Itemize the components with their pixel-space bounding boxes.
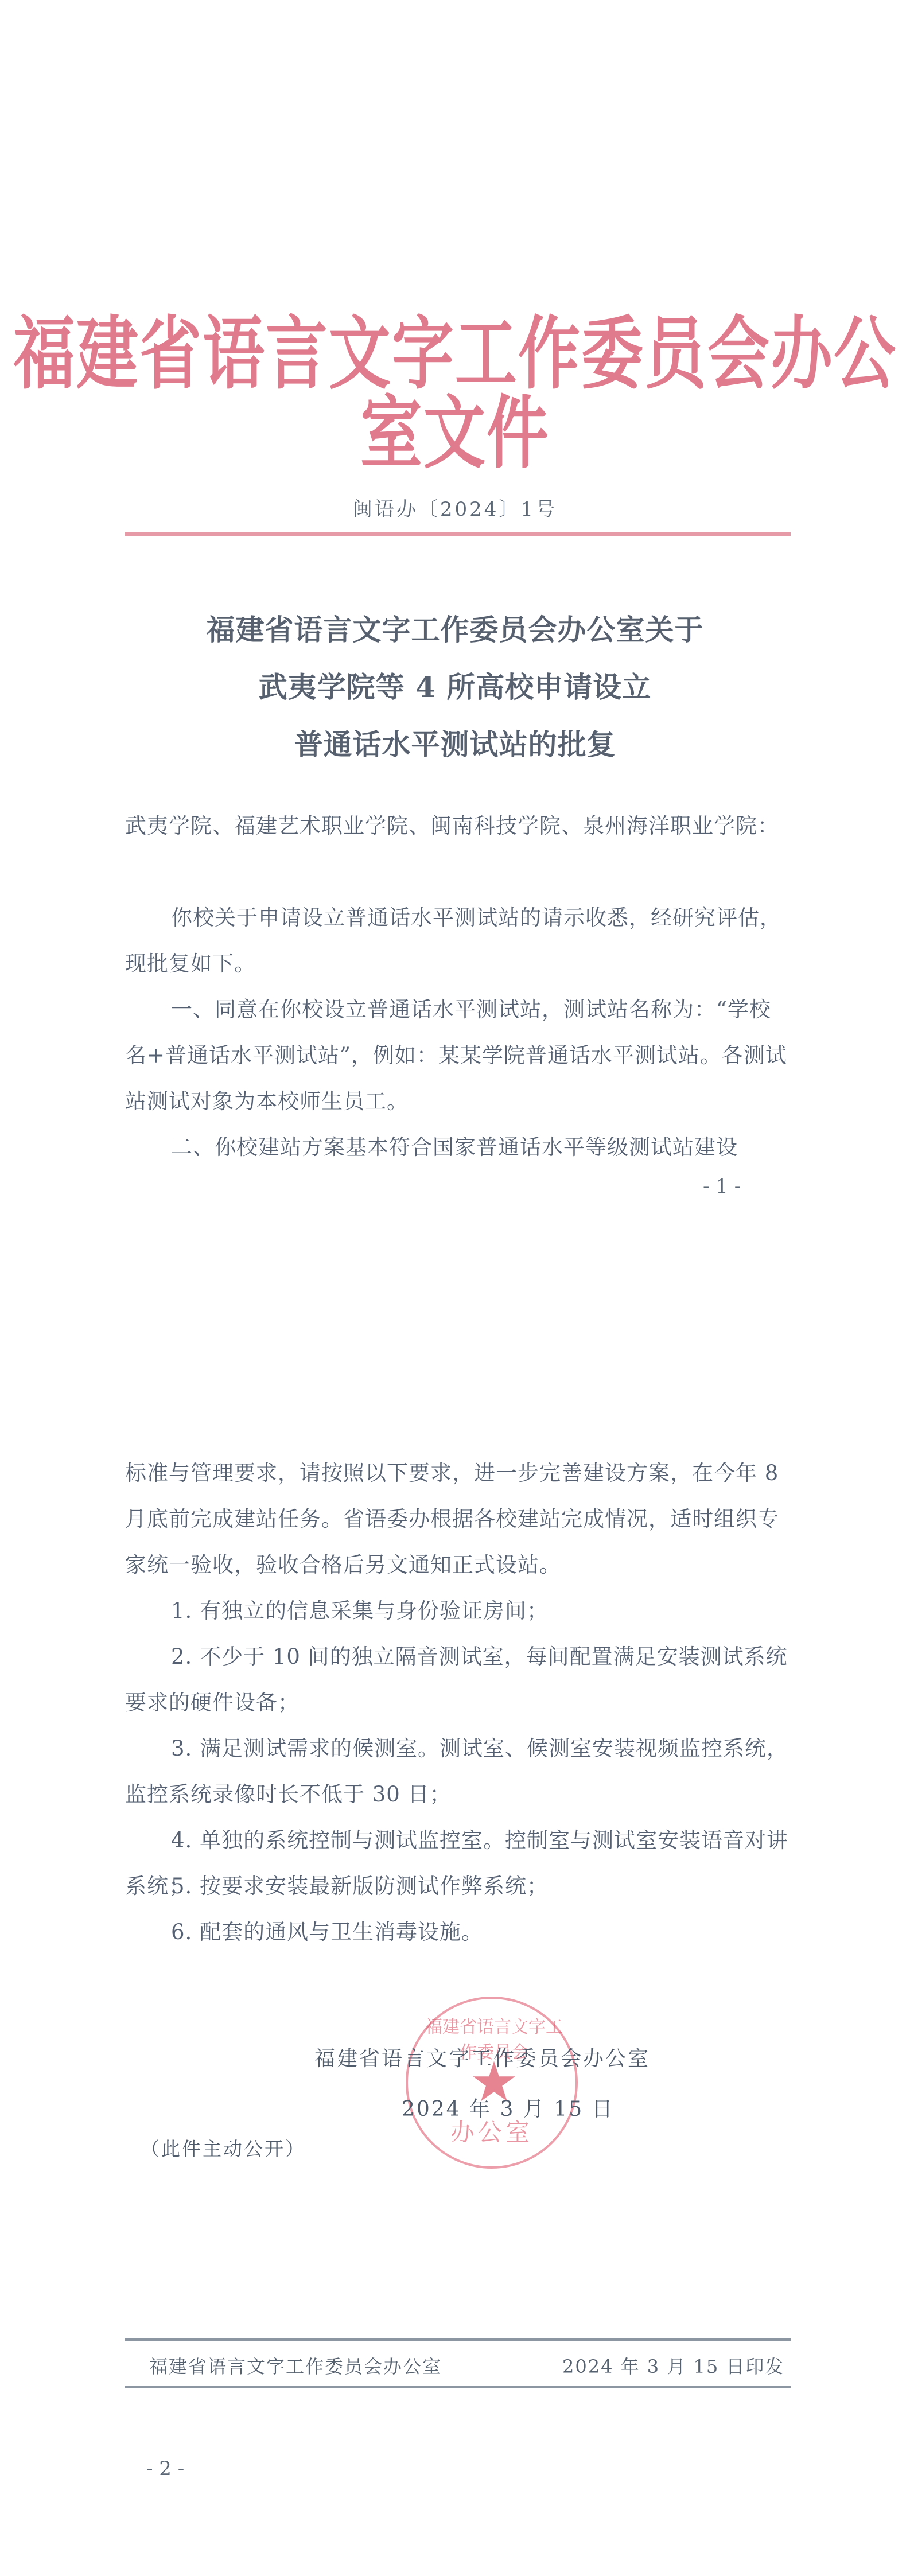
body-paragraph: 你校关于申请设立普通话水平测试站的请示收悉，经研究评估，现批复如下。 (125, 895, 791, 987)
masthead-title: 福建省语言文字工作委员会办公室文件 (0, 314, 910, 473)
footer-issued-date: 2024 年 3 月 15 日印发 (562, 2352, 784, 2379)
document-number: 闽语办〔2024〕1号 (0, 493, 910, 522)
page-number: - 1 - (703, 1175, 741, 1198)
footer-top-rule (125, 2338, 791, 2341)
official-seal: 福建省语言文字工作委员会 ★ 办公室 (406, 1997, 578, 2169)
document-title-line-2: 武夷学院等 4 所高校申请设立 (0, 664, 910, 706)
page-number: - 2 - (146, 2457, 184, 2480)
disclosure-note: （此件主动公开） (141, 2134, 306, 2161)
body-paragraph: 二、你校建站方案基本符合国家普通话水平等级测试站建设 (125, 1124, 791, 1170)
requirement-item: 3. 满足测试需求的候测室。测试室、候测室安装视频监控系统，监控系统录像时长不低… (125, 1726, 791, 1818)
body-paragraph: 一、同意在你校设立普通话水平测试站，测试站名称为：“学校名+普通话水平测试站”，… (125, 987, 791, 1124)
requirement-item: 2. 不少于 10 间的独立隔音测试室，每间配置满足安装测试系统要求的硬件设备； (125, 1634, 791, 1726)
continuation-paragraph: 标准与管理要求，请按照以下要求，进一步完善建设方案，在今年 8 月底前完成建站任… (125, 1450, 791, 1588)
signature-date: 2024 年 3 月 15 日 (402, 2093, 615, 2122)
requirement-item: 1. 有独立的信息采集与身份验证房间； (125, 1588, 791, 1634)
document-title-line-1: 福建省语言文字工作委员会办公室关于 (0, 607, 910, 648)
signature-organization: 福建省语言文字工作委员会办公室 (314, 2042, 650, 2072)
requirement-item: 6. 配套的通风与卫生消毒设施。 (125, 1909, 791, 1955)
footer-issuer: 福建省语言文字工作委员会办公室 (149, 2352, 442, 2379)
document-title-line-3: 普通话水平测试站的批复 (0, 722, 910, 763)
requirement-item: 5. 按要求安装最新版防测试作弊系统； (125, 1863, 791, 1909)
addressee: 武夷学院、福建艺术职业学院、闽南科技学院、泉州海洋职业学院： (125, 803, 791, 849)
footer-bottom-rule (125, 2386, 791, 2388)
red-divider (125, 532, 791, 536)
